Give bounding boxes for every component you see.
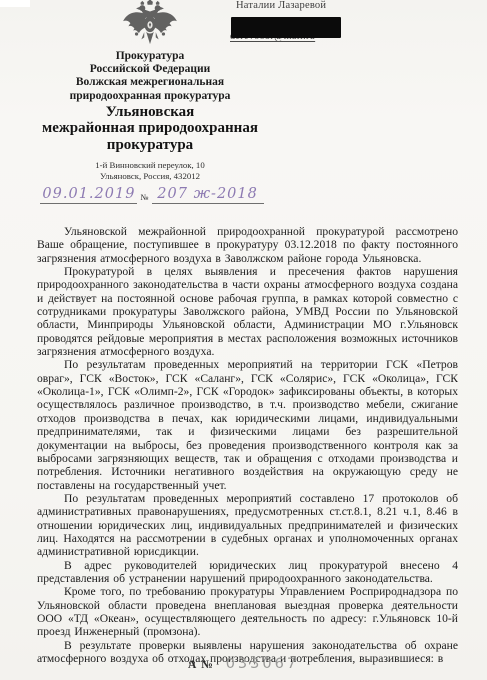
division-name: Ульяновская межрайонная природоохранная … [34,104,266,154]
org-name-line: природоохранная прокуратура [34,90,266,103]
org-name-line: Волжская межрегиональная [34,76,266,89]
redaction-box [231,17,341,38]
body-paragraph: По результатам проведенных мероприятий с… [37,492,458,559]
body-paragraph: Кроме того, по требованию прокуратуры Уп… [37,585,458,638]
letterhead: Прокуратура Российской Федерации Волжска… [34,50,266,181]
form-number-row: А № 033067 [0,655,487,673]
form-number-digits: 033067 [226,656,299,672]
recipient-name: Наталии Лазаревой [236,0,366,12]
letter-body: Ульяновской межрайонной природоохранной … [37,225,458,665]
russian-coat-of-arms-icon [119,0,181,47]
body-paragraph: Ульяновской межрайонной природоохранной … [37,225,458,265]
date-number-row: 09.01.2019 № 207 ж-2018 [40,180,264,204]
org-name-line: Прокуратура [34,50,266,63]
body-paragraph: По результатам проведенных мероприятий н… [37,358,458,491]
handwritten-outgoing-number: 207 ж-2018 [152,186,264,204]
handwritten-date: 09.01.2019 [40,186,137,204]
body-paragraph: Прокуратурой в целях выявления и пресече… [37,265,458,358]
division-name-line: межрайонная природоохранная [34,120,266,137]
org-address: 1-й Винновский переулок, 10 Ульяновск, Р… [34,160,266,180]
document-page: Наталии Лазаревой derevoobr@mail.ru [0,0,487,680]
form-number-prefix: А № [188,659,214,671]
scan-artifact [0,0,30,7]
division-name-line: Ульяновская [34,104,266,121]
org-name-line: Российской Федерации [34,63,266,76]
body-paragraph: В адрес руководителей юридических лиц пр… [37,559,458,586]
address-line: 1-й Винновский переулок, 10 [34,160,266,170]
division-name-line: прокуратура [34,137,266,154]
number-sign: № [137,192,151,204]
